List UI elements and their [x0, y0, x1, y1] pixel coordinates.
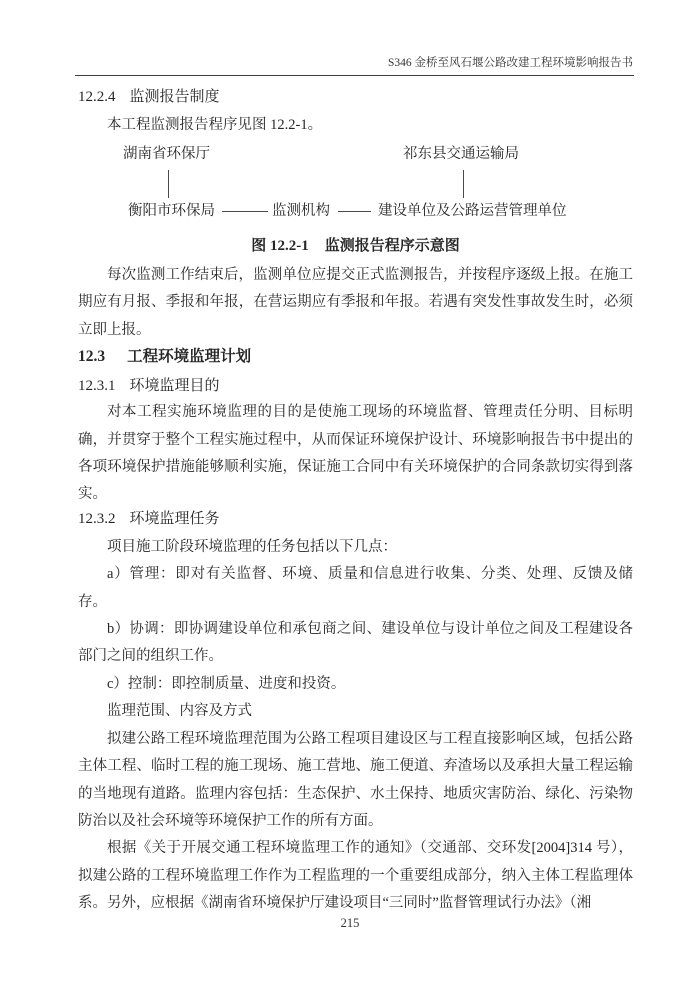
section-title: 监测报告制度	[130, 89, 220, 105]
paragraph-intro: 本工程监测报告程序见图 12.2-1。	[78, 116, 633, 135]
section-title: 工程环境监理计划	[127, 348, 251, 365]
paragraph-task-a: a）管理：即对有关监督、环境、质量和信息进行收集、分类、处理、反馈及储存。	[78, 561, 633, 616]
page-header: S346 金桥至风石堰公路改建工程环境影响报告书	[78, 0, 633, 70]
diagram-node-construction-unit: 建设单位及公路运营管理单位	[378, 203, 567, 219]
diagram-node-hunan-epa: 湖南省环保厅	[123, 146, 210, 162]
page-number: 215	[0, 916, 700, 931]
tasks-section: 项目施工阶段环境监理的任务包括以下几点： a）管理：即对有关监督、环境、质量和信…	[78, 534, 633, 918]
diagram-node-monitoring-org: 监测机构	[272, 203, 330, 219]
section-title: 环境监理目的	[130, 378, 220, 394]
section-number: 12.3.2	[78, 511, 116, 527]
diagram-node-qidong-transport: 祁东县交通运输局	[403, 146, 519, 162]
page-content: S346 金桥至风石堰公路改建工程环境影响报告书 12.2.4监测报告制度 本工…	[78, 0, 633, 918]
header-title: S346 金桥至风石堰公路改建工程环境影响报告书	[388, 57, 633, 69]
section-heading-12-2-4: 12.2.4监测报告制度	[78, 88, 633, 107]
diagram-connector-right-vertical	[463, 170, 464, 198]
paragraph-basis-body: 根据《关于开展交通工程环境监理工作的通知》（交通部、交环发[2004]314 号…	[78, 835, 633, 917]
diagram-connector-right-horizontal	[338, 211, 371, 212]
document-page: S346 金桥至风石堰公路改建工程环境影响报告书 12.2.4监测报告制度 本工…	[0, 0, 700, 990]
diagram-connector-left-horizontal	[222, 211, 268, 212]
section-heading-12-3-1: 12.3.1环境监理目的	[78, 377, 633, 396]
figure-12-2-1-diagram: 湖南省环保厅 祁东县交通运输局 衡阳市环保局 监测机构 建设单位及公路运营管理单…	[78, 144, 633, 234]
section-heading-12-3-2: 12.3.2环境监理任务	[78, 510, 633, 529]
paragraph-task-b: b）协调：即协调建设单位和承包商之间、建设单位与设计单位之间及工程建设各部门之间…	[78, 616, 633, 671]
header-rule	[75, 75, 634, 76]
paragraph-scope-body: 拟建公路工程环境监理范围为公路工程项目建设区与工程直接影响区域，包括公路主体工程…	[78, 726, 633, 836]
figure-caption: 图 12.2-1监测报告程序示意图	[78, 237, 633, 256]
figure-caption-label: 图 12.2-1	[251, 238, 309, 254]
paragraph-report-procedure: 每次监测工作结束后，监测单位应提交正式监测报告，并按程序逐级上报。在施工期应有月…	[78, 262, 633, 344]
paragraph-scope-heading: 监理范围、内容及方式	[78, 698, 633, 725]
diagram-connector-left-vertical	[168, 170, 169, 198]
section-title: 环境监理任务	[130, 511, 220, 527]
paragraph-supervision-purpose: 对本工程实施环境监理的目的是使施工现场的环境监督、管理责任分明、目标明确，并贯穿…	[78, 399, 633, 509]
paragraph-task-c: c）控制：即控制质量、进度和投资。	[78, 671, 633, 698]
figure-caption-title: 监测报告程序示意图	[325, 238, 460, 254]
section-number: 12.2.4	[78, 89, 116, 105]
diagram-node-hengyang-epb: 衡阳市环保局	[128, 203, 215, 219]
section-number: 12.3	[78, 348, 105, 365]
paragraph-tasks-intro: 项目施工阶段环境监理的任务包括以下几点：	[78, 534, 633, 561]
section-heading-12-3: 12.3工程环境监理计划	[78, 347, 633, 367]
section-number: 12.3.1	[78, 378, 116, 394]
